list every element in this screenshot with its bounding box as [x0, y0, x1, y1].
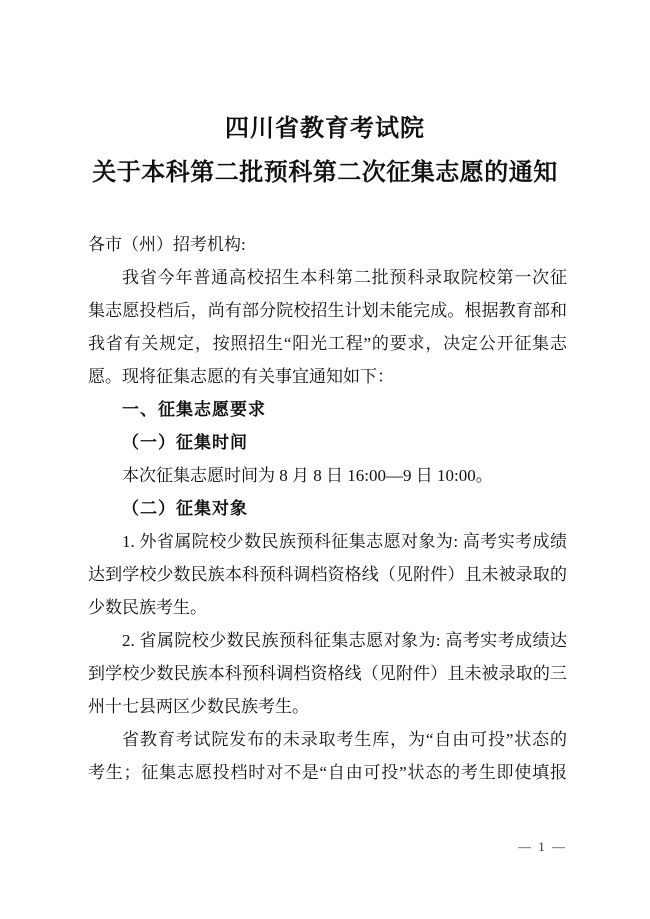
target-2-line-1: 2. 省属院校少数民族预科征集志愿对象为: 高考实考成绩达: [88, 624, 567, 657]
intro-line-3: 我省有关规定，按照招生“阳光工程”的要求，决定公开征集志: [88, 327, 567, 360]
subsection-1-2-heading: （二）征集对象: [88, 492, 567, 525]
intro-line-2: 集志愿投档后，尚有部分院校招生计划未能完成。根据教育部和: [88, 294, 567, 327]
subsection-1-1-heading: （一）征集时间: [88, 426, 567, 459]
salutation-line: 各市（州）招考机构:: [88, 228, 567, 261]
target-1-line-1: 1. 外省属院校少数民族预科征集志愿对象为: 高考实考成绩: [88, 525, 567, 558]
collection-time-line: 本次征集志愿时间为 8 月 8 日 16:00—9 日 10:00。: [88, 459, 567, 492]
target-1-line-3: 少数民族考生。: [88, 591, 567, 624]
doc-subtitle: 关于本科第二批预科第二次征集志愿的通知: [0, 156, 650, 190]
free-status-line-1: 省教育考试院发布的未录取考生库，为“自由可投”状态的: [88, 723, 567, 756]
target-2-line-2: 到学校少数民族本科预科调档资格线（见附件）且未被录取的三: [88, 657, 567, 690]
document-page: 四川省教育考试院 关于本科第二批预科第二次征集志愿的通知 各市（州）招考机构: …: [0, 0, 650, 919]
target-1-line-2: 达到学校少数民族本科预科调档资格线（见附件）且未被录取的: [88, 558, 567, 591]
document-header: 四川省教育考试院 关于本科第二批预科第二次征集志愿的通知: [0, 0, 650, 190]
target-2-line-3: 州十七县两区少数民族考生。: [88, 690, 567, 723]
doc-title: 四川省教育考试院: [0, 112, 650, 146]
intro-line-4: 愿。现将征集志愿的有关事宜通知如下：: [88, 360, 567, 393]
section-1-heading: 一、征集志愿要求: [88, 393, 567, 426]
page-number: — 1 —: [518, 839, 567, 855]
free-status-line-2: 考生；征集志愿投档时对不是“自由可投”状态的考生即使填报: [88, 756, 567, 789]
document-body: 各市（州）招考机构: 我省今年普通高校招生本科第二批预科录取院校第一次征 集志愿…: [88, 228, 567, 789]
intro-line-1: 我省今年普通高校招生本科第二批预科录取院校第一次征: [88, 261, 567, 294]
